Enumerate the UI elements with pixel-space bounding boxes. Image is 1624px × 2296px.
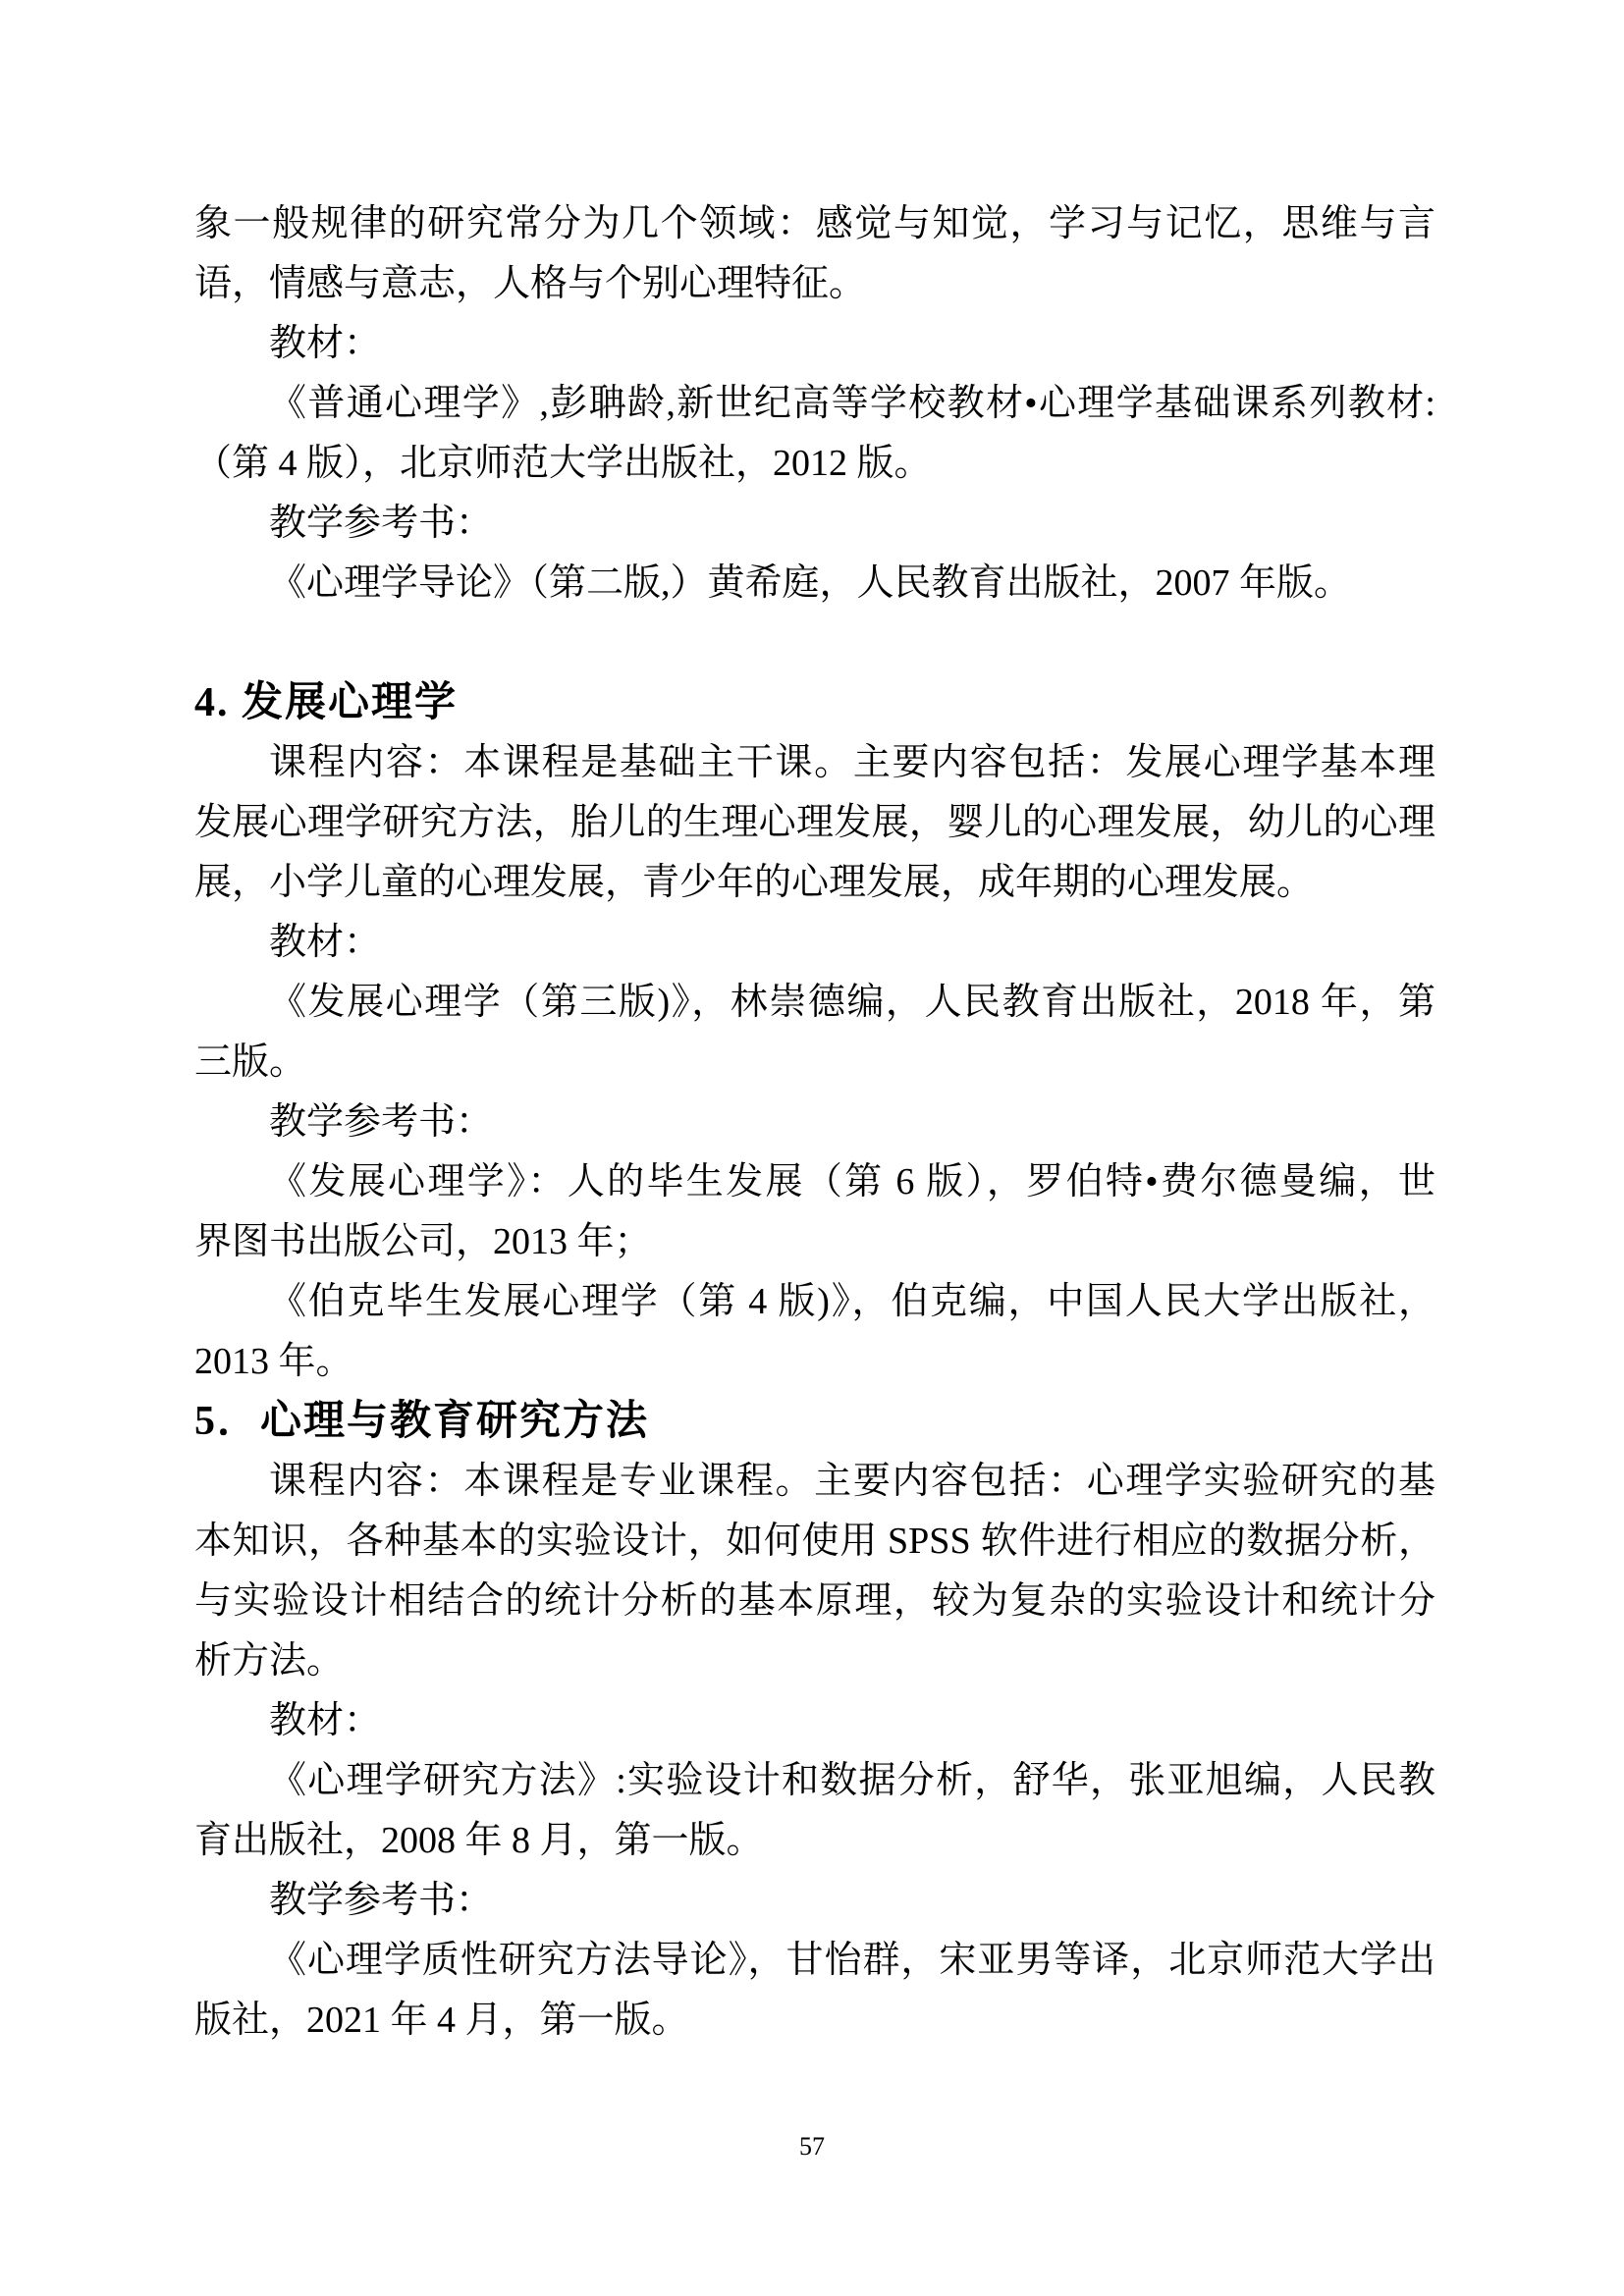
text-line: 教学参考书：: [194, 1871, 1435, 1931]
text-line: 育出版社，2008 年 8 月，第一版。: [194, 1811, 1435, 1871]
text-line: 《发展心理学（第三版)》，林崇德编，人民教育出版社，2018 年，第: [194, 973, 1435, 1033]
text-line: （第 4 版），北京师范大学出版社，2012 版。: [194, 434, 1435, 494]
text-line: 三版。: [194, 1033, 1435, 1093]
text-line: 发展心理学研究方法，胎儿的生理心理发展，婴儿的心理发展，幼儿的心理发: [194, 793, 1435, 853]
page-number: 57: [0, 2132, 1624, 2162]
text-line: 课程内容：本课程是基础主干课。主要内容包括：发展心理学基本理论，: [194, 733, 1435, 793]
text-line: 教材：: [194, 1691, 1435, 1751]
text-line: 版社，2021 年 4 月，第一版。: [194, 1991, 1435, 2051]
text-line: 《普通心理学》,彭聃龄,新世纪高等学校教材•心理学基础课系列教材:: [194, 374, 1435, 434]
document-page: 象一般规律的研究常分为几个领域：感觉与知觉，学习与记忆，思维与言语，情感与意志，…: [0, 0, 1624, 2296]
text-line: 《心理学导论》（第二版,）黄希庭，人民教育出版社，2007 年版。: [194, 554, 1435, 614]
text-line: 展，小学儿童的心理发展，青少年的心理发展，成年期的心理发展。: [194, 853, 1435, 913]
text-line: 《心理学研究方法》:实验设计和数据分析，舒华，张亚旭编，人民教: [194, 1751, 1435, 1811]
text-line: 教学参考书：: [194, 1093, 1435, 1152]
text-line: 与实验设计相结合的统计分析的基本原理，较为复杂的实验设计和统计分: [194, 1572, 1435, 1631]
text-line: 《发展心理学》：人的毕生发展（第 6 版），罗伯特•费尔德曼编，世: [194, 1152, 1435, 1212]
text-line: 《心理学质性研究方法导论》，甘怡群，宋亚男等译，北京师范大学出: [194, 1931, 1435, 1991]
text-line: 教学参考书：: [194, 494, 1435, 554]
text-line: 界图书出版公司，2013 年；: [194, 1212, 1435, 1272]
text-line: 析方法。: [194, 1631, 1435, 1691]
text-line: 教材：: [194, 913, 1435, 973]
document-text: 象一般规律的研究常分为几个领域：感觉与知觉，学习与记忆，思维与言语，情感与意志，…: [194, 194, 1435, 2051]
text-line: 2013 年。: [194, 1332, 1435, 1392]
section-heading: 5．心理与教育研究方法: [194, 1392, 1435, 1452]
text-line: 课程内容：本课程是专业课程。主要内容包括：心理学实验研究的基: [194, 1452, 1435, 1512]
text-line: 语，情感与意志，人格与个别心理特征。: [194, 254, 1435, 314]
text-line: 象一般规律的研究常分为几个领域：感觉与知觉，学习与记忆，思维与言: [194, 194, 1435, 254]
text-line: 本知识，各种基本的实验设计，如何使用 SPSS 软件进行相应的数据分析，: [194, 1512, 1435, 1572]
section-heading: 4. 发展心理学: [194, 673, 1435, 733]
text-line: 《伯克毕生发展心理学（第 4 版)》，伯克编，中国人民大学出版社，: [194, 1272, 1435, 1332]
text-line: 教材：: [194, 314, 1435, 374]
blank-line: [194, 614, 1435, 673]
